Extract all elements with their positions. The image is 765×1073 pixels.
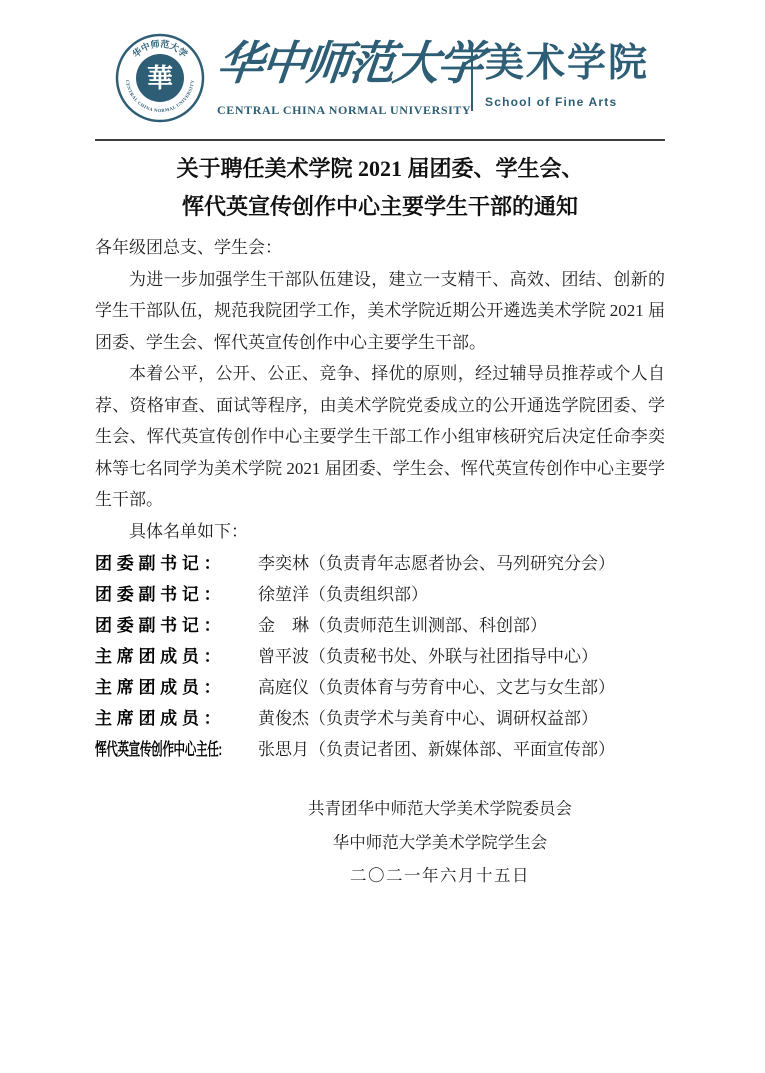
seal-center-glyph: 華 [147, 64, 173, 93]
notice-title: 关于聘任美术学院 2021 届团委、学生会、 恽代英宣传创作中心主要学生干部的通… [95, 150, 665, 226]
notice-document-page: 華 华中师范大学 CENTRAL CHINA NORMAL UNIVERSITY… [0, 0, 765, 1073]
roster-appointee-detail: 徐堃洋（负责组织部） [258, 579, 665, 610]
roster-position-label: 主 席 团 成 员 ： [95, 641, 248, 672]
roster-appointee-detail: 曾平波（负责秘书处、外联与社团指导中心） [258, 641, 665, 672]
roster-position-label: 团 委 副 书 记 ： [95, 579, 248, 610]
list-intro: 具体名单如下： [95, 516, 665, 548]
roster-position-label: 恽代英宣传创作中心主任: [95, 734, 248, 765]
notice-title-line1: 关于聘任美术学院 2021 届团委、学生会、 [95, 150, 665, 188]
document-content: 关于聘任美术学院 2021 届团委、学生会、 恽代英宣传创作中心主要学生干部的通… [95, 146, 665, 893]
university-brand: 华中师范大学 CENTRAL CHINA NORMAL UNIVERSITY [217, 33, 457, 118]
school-name-cn: 美术学院 [485, 39, 649, 89]
school-brand: 美术学院 School of Fine Arts [485, 33, 649, 109]
roster-appointee-detail: 高庭仪（负责体育与劳育中心、文艺与女生部） [258, 672, 665, 703]
roster-appointee-detail: 黄俊杰（负责学术与美育中心、调研权益部） [258, 703, 665, 734]
signature-student-union: 华中师范大学美术学院学生会 [300, 826, 580, 860]
university-name-cn: 华中师范大学 [214, 33, 461, 99]
university-seal-icon: 華 华中师范大学 CENTRAL CHINA NORMAL UNIVERSITY [115, 33, 205, 123]
roster-row: 团 委 副 书 记 ： 金 琳（负责师范生训测部、科创部） [95, 610, 665, 641]
letterhead: 華 华中师范大学 CENTRAL CHINA NORMAL UNIVERSITY… [115, 33, 665, 125]
signature-block: 共青团华中师范大学美术学院委员会 华中师范大学美术学院学生会 二〇二一年六月十五… [300, 792, 580, 893]
appointment-roster: 团 委 副 书 记 ： 李奕林（负责青年志愿者协会、马列研究分会） 团 委 副 … [95, 548, 665, 765]
roster-position-label: 团 委 副 书 记 ： [95, 610, 248, 641]
header-horizontal-rule [95, 139, 665, 141]
roster-appointee-detail: 李奕林（负责青年志愿者协会、马列研究分会） [258, 548, 665, 579]
signature-committee: 共青团华中师范大学美术学院委员会 [300, 792, 580, 826]
school-name-en: School of Fine Arts [485, 95, 649, 109]
university-name-en: CENTRAL CHINA NORMAL UNIVERSITY [217, 103, 457, 118]
roster-appointee-detail: 金 琳（负责师范生训测部、科创部） [258, 610, 665, 641]
paragraph-1: 为进一步加强学生干部队伍建设，建立一支精干、高效、团结、创新的学生干部队伍，规范… [95, 264, 665, 359]
roster-row: 主 席 团 成 员 ： 黄俊杰（负责学术与美育中心、调研权益部） [95, 703, 665, 734]
roster-row: 主 席 团 成 员 ： 曾平波（负责秘书处、外联与社团指导中心） [95, 641, 665, 672]
roster-row: 主 席 团 成 员 ： 高庭仪（负责体育与劳育中心、文艺与女生部） [95, 672, 665, 703]
roster-row: 团 委 副 书 记 ： 李奕林（负责青年志愿者协会、马列研究分会） [95, 548, 665, 579]
roster-appointee-detail: 张思月（负责记者团、新媒体部、平面宣传部） [258, 734, 665, 765]
salutation: 各年级团总支、学生会： [95, 232, 665, 264]
paragraph-2: 本着公平，公开、公正、竞争、择优的原则，经过辅导员推荐或个人自荐、资格审查、面试… [95, 358, 665, 516]
roster-row: 恽代英宣传创作中心主任: 张思月（负责记者团、新媒体部、平面宣传部） [95, 734, 665, 765]
roster-position-label: 主 席 团 成 员 ： [95, 672, 248, 703]
roster-row: 团 委 副 书 记 ： 徐堃洋（负责组织部） [95, 579, 665, 610]
roster-position-label: 主 席 团 成 员 ： [95, 703, 248, 734]
roster-position-label: 团 委 副 书 记 ： [95, 548, 248, 579]
signature-date: 二〇二一年六月十五日 [300, 859, 580, 893]
notice-title-line2: 恽代英宣传创作中心主要学生干部的通知 [95, 188, 665, 226]
